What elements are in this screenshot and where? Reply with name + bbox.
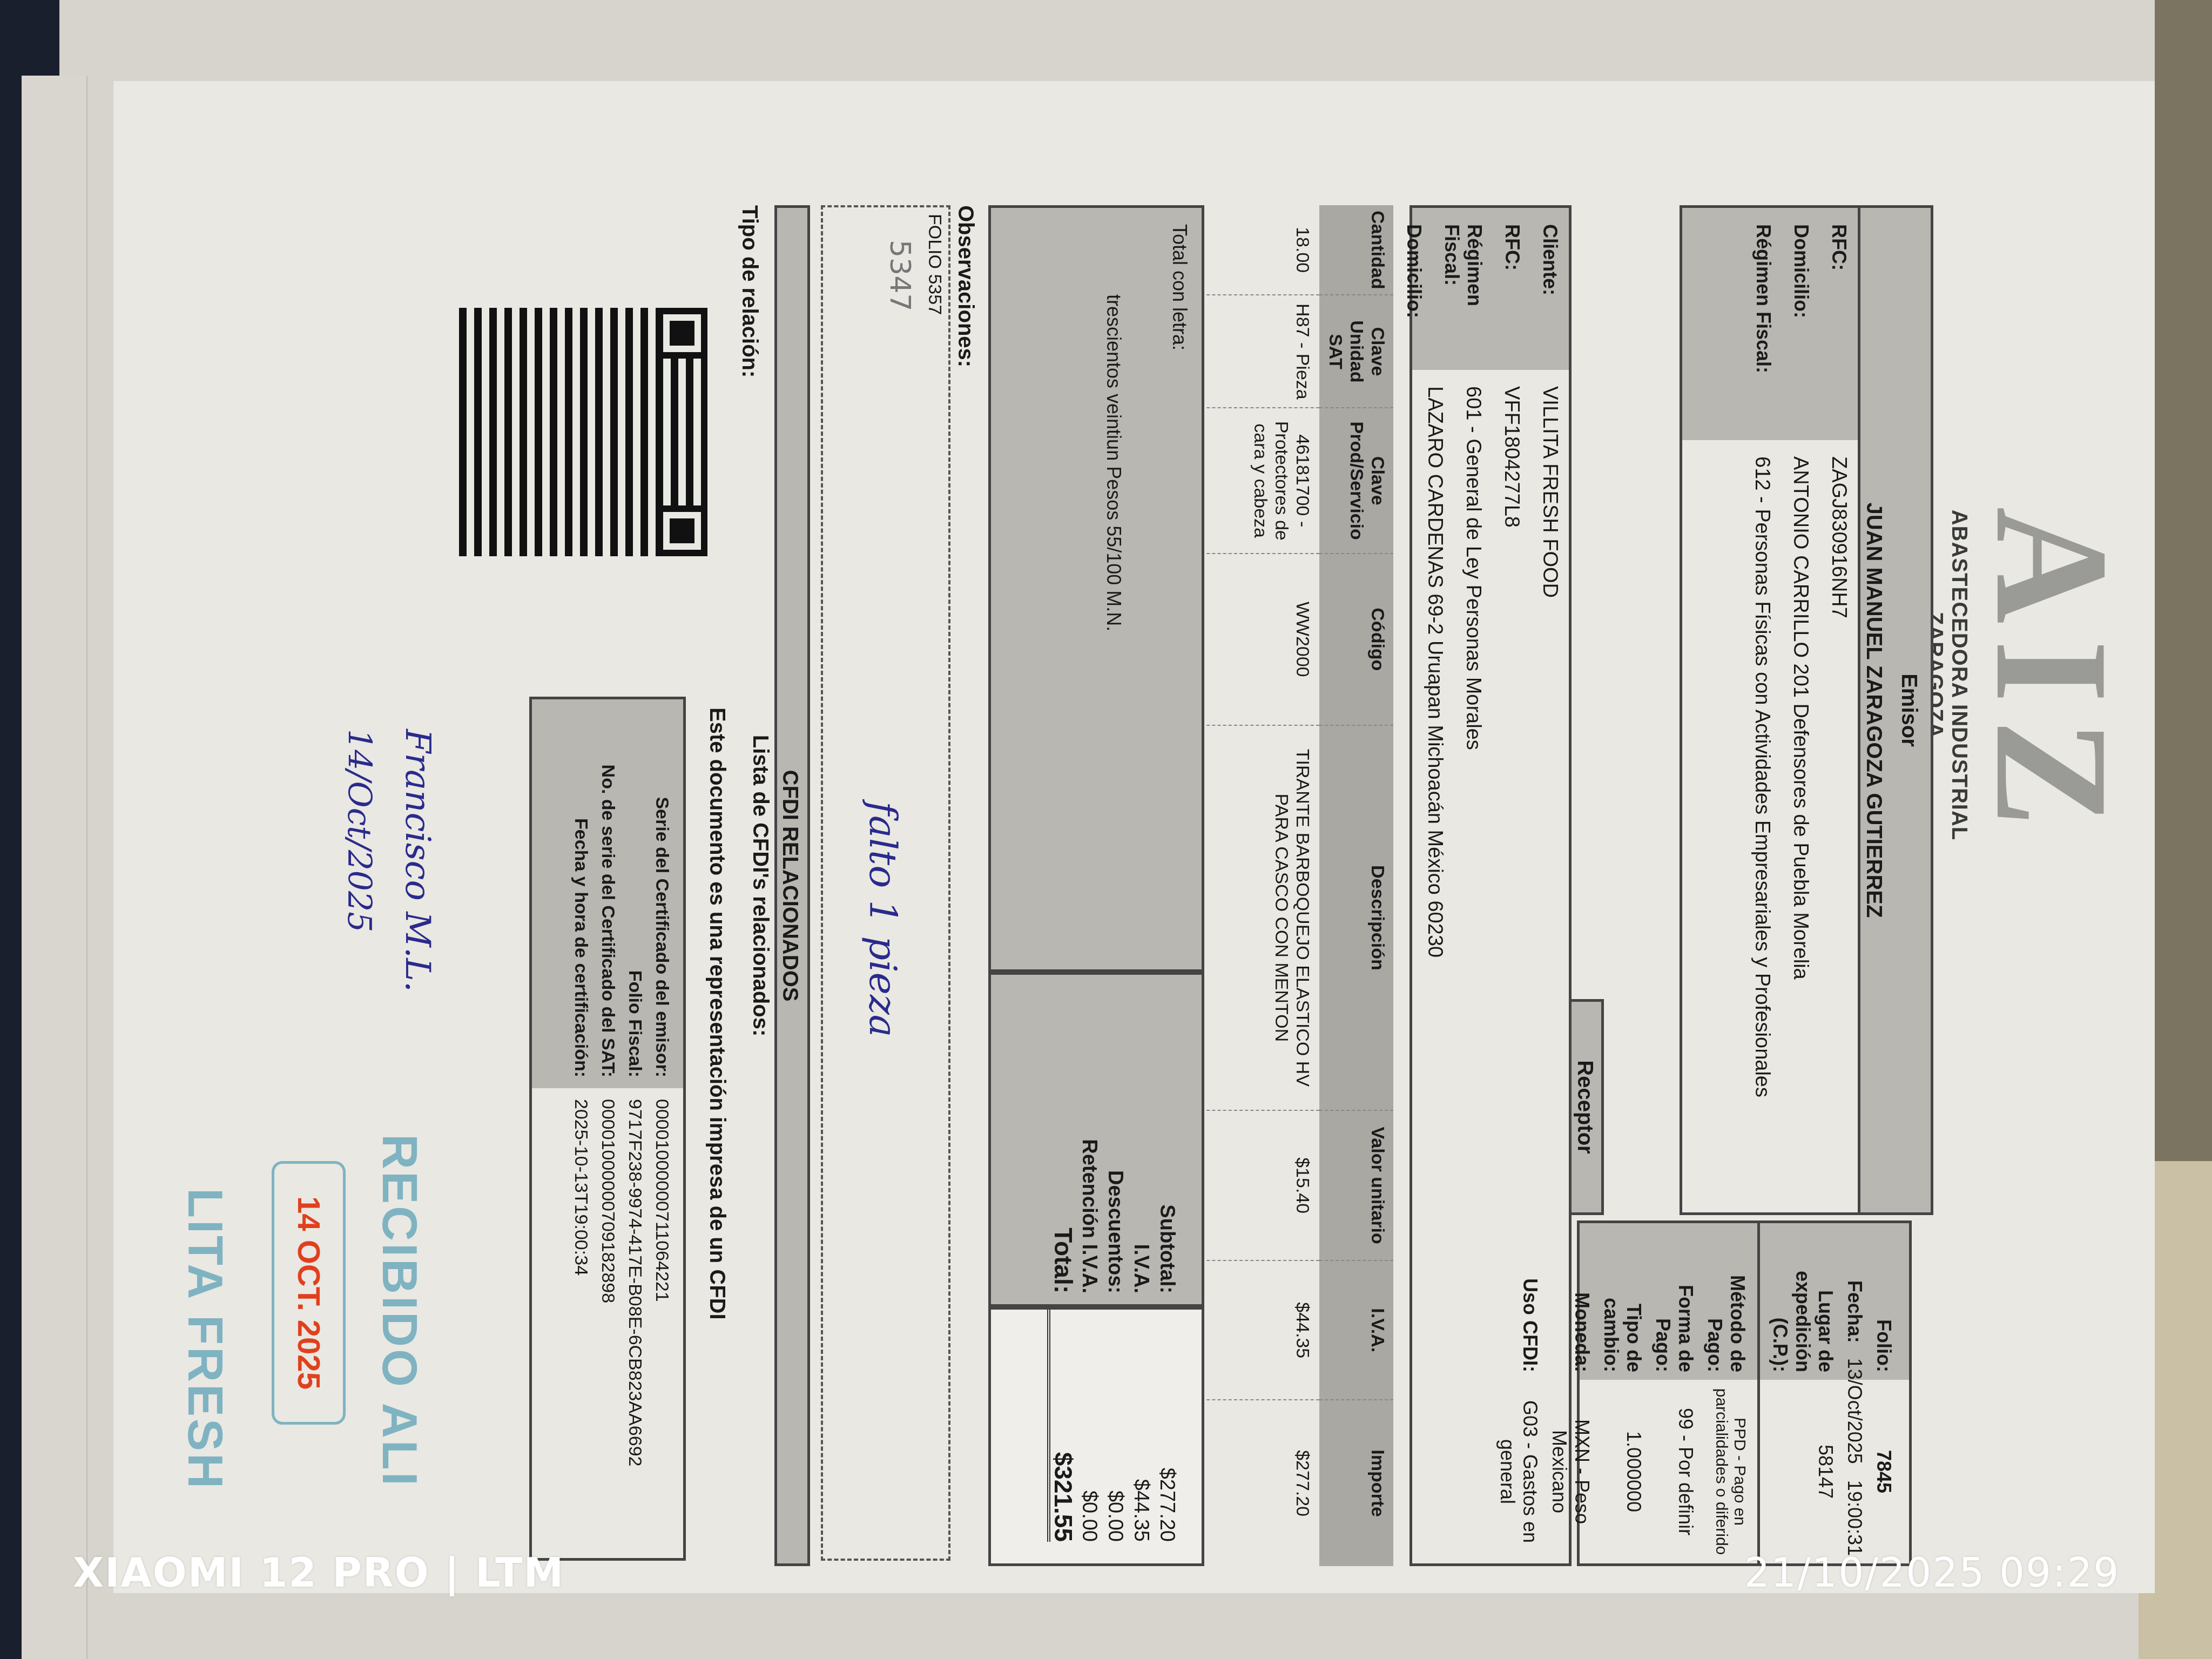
emisor-rfc: ZAGJ830916NH7 <box>1819 440 1858 1212</box>
stamp-recibido: RECIBIDO ALI <box>371 1134 427 1488</box>
folio-row: Folio:7845 <box>1869 1223 1898 1563</box>
cfdi-relacionados-list-label: Lista de CFDI's relacionados: <box>748 205 772 1566</box>
stamp-company: LITA FRESH <box>177 1188 232 1491</box>
col-descripcion: Descripción <box>1319 725 1393 1110</box>
concepts-header-row: Cantidad Clave Unidad SAT Clave Prod/Ser… <box>1319 205 1393 1566</box>
handwritten-note: falto 1 pieza <box>861 801 905 1037</box>
logo-mark: AIZ <box>1971 459 2133 891</box>
retencion-value: $0.00 <box>1076 1310 1102 1542</box>
certification-labels: Serie del Certificado del emisor: Folio … <box>532 699 683 1088</box>
total-value: $321.55 <box>1047 1310 1076 1542</box>
fecha-cert-value: 2025-10-13T19:00:34 <box>568 1099 595 1547</box>
receptor-header: Receptor <box>1572 999 1604 1215</box>
total-letra-label: Total con letra: <box>1157 208 1202 969</box>
col-iva: I.V.A. <box>1319 1260 1393 1400</box>
col-clave-prod: Clave Prod/Servicio <box>1319 408 1393 554</box>
emisor-rfc-label: RFC: <box>1820 208 1858 440</box>
receptor-domicilio-value: LAZARO CARDENAS 69-2 Uruapan Michoacán M… <box>1415 370 1454 1563</box>
col-importe: Importe <box>1319 1400 1393 1566</box>
camera-watermark-device: XIAOMI 12 PRO | LTM <box>73 1550 564 1596</box>
certification-values: 00001000000711064221 9717F238-9974-417E-… <box>532 1088 683 1558</box>
handwritten-name: Francisco M.L. <box>397 729 437 992</box>
metodo-pago-value: PPD - Pago en parcialidades o diferido <box>1700 1380 1752 1563</box>
cfdi-relacionados-header: CFDI RELACIONADOS <box>774 205 810 1566</box>
emisor-regimen: 612 - Personas Físicas con Actividades E… <box>1743 440 1781 1212</box>
fecha-row: Fecha:13/Oct/2025 19:00:31 <box>1840 1223 1869 1563</box>
forma-pago-row: Forma de Pago:99 - Por definir <box>1648 1223 1700 1563</box>
background-sheet-edge <box>22 76 87 1659</box>
fecha-value: 13/Oct/2025 <box>1844 1358 1866 1464</box>
emisor-regimen-label: Régimen Fiscal: <box>1744 208 1782 440</box>
emisor-domicilio: ANTONIO CARRILLO 201 Defensores de Puebl… <box>1781 440 1819 1212</box>
folio-value: 7845 <box>1869 1380 1898 1563</box>
invoice-document: AIZ ABASTECEDORA INDUSTRIAL ZARAGOZA Emi… <box>113 81 2155 1593</box>
serie-sat-value: 00001000000709182898 <box>595 1099 622 1547</box>
tipo-cambio-value: 1.000000 <box>1596 1380 1648 1563</box>
qr-code <box>459 308 707 556</box>
totals-labels: Subtotal: I.V.A. Descuentos: Retención I… <box>988 972 1204 1307</box>
observaciones-text: FOLIO 5357 <box>924 214 945 315</box>
receptor-rfc-label: RFC: <box>1493 208 1531 370</box>
comprobante-details: Folio:7845 Fecha:13/Oct/2025 19:00:31 Lu… <box>1577 1220 1912 1566</box>
hora-value: 19:00:31 <box>1844 1480 1866 1556</box>
lugar-row: Lugar de expedición (C.P.):58147 <box>1765 1223 1840 1563</box>
emisor-header: Emisor <box>1890 205 1933 1215</box>
cliente-label: Cliente: <box>1531 208 1569 370</box>
receptor-details: Cliente: RFC: Régimen Fiscal: Domicilio:… <box>1410 205 1572 1566</box>
receptor-regimen-value: 601 - General de Ley Personas Morales <box>1454 370 1492 1563</box>
receptor-domicilio-label: Domicilio: <box>1395 208 1433 370</box>
folio-fiscal-value: 9717F238-9974-417E-B08E-6CB823AA6692 <box>622 1099 649 1547</box>
emisor-values: ZAGJ830916NH7 ANTONIO CARRILLO 201 Defen… <box>1743 440 1858 1212</box>
emisor-name: JUAN MANUEL ZARAGOZA GUTIERREZ <box>1858 205 1890 1215</box>
cfdi-note: Este documento es una representación imp… <box>705 707 729 1320</box>
handwritten-date: 14/Oct/2025 <box>340 729 378 932</box>
camera-watermark-timestamp: 21/10/2025 09:29 <box>1744 1550 2120 1596</box>
metodo-pago-row: Método de Pago:PPD - Pago en parcialidad… <box>1700 1223 1752 1563</box>
lugar-value: 58147 <box>1765 1380 1840 1563</box>
emisor-details: RFC: Domicilio: Régimen Fiscal: ZAGJ8309… <box>1680 205 1858 1215</box>
total-letra-value: trescientos veintiun Pesos 55/100 M.N. <box>1102 208 1157 969</box>
col-valor-unitario: Valor unitario <box>1319 1110 1393 1260</box>
total-letra-box: Total con letra: trescientos veintiun Pe… <box>988 205 1204 972</box>
iva-value: $44.35 <box>1128 1310 1154 1542</box>
receptor-values: VILLITA FRESH FOOD VFF1804277L8 601 - Ge… <box>1415 370 1569 1563</box>
background-desk-right <box>2155 0 2212 1161</box>
observaciones-box: FOLIO 5357 5347 falto 1 pieza <box>821 205 950 1561</box>
forma-pago-value: 99 - Por definir <box>1648 1380 1700 1563</box>
tipo-relacion-label: Tipo de relación: <box>737 205 761 377</box>
subtotal-value: $277.20 <box>1154 1310 1180 1542</box>
col-cantidad: Cantidad <box>1319 205 1393 295</box>
receptor-labels: Cliente: RFC: Régimen Fiscal: Domicilio: <box>1412 208 1569 370</box>
descuentos-value: $0.00 <box>1102 1310 1128 1542</box>
receptor-regimen-label: Régimen Fiscal: <box>1433 208 1493 370</box>
certification-box: Serie del Certificado del emisor: Folio … <box>529 697 686 1561</box>
observaciones-label: Observaciones: <box>953 205 977 367</box>
stamp-date: 14 OCT. 2025 <box>272 1161 346 1425</box>
receptor-rfc-value: VFF1804277L8 <box>1492 370 1530 1563</box>
tipo-cambio-row: Tipo de cambio:1.000000 <box>1596 1223 1648 1563</box>
totals-values: $277.20 $44.35 $0.00 $0.00 $321.55 <box>988 1307 1204 1566</box>
cliente-value: VILLITA FRESH FOOD <box>1530 370 1569 1563</box>
col-codigo: Código <box>1319 554 1393 725</box>
handwritten-number: 5347 <box>884 240 916 311</box>
serie-emisor-value: 00001000000711064221 <box>649 1099 676 1547</box>
emisor-labels: RFC: Domicilio: Régimen Fiscal: <box>1682 208 1858 440</box>
emisor-domicilio-label: Domicilio: <box>1782 208 1820 440</box>
company-logo: AIZ ABASTECEDORA INDUSTRIAL ZARAGOZA <box>1939 459 2133 891</box>
col-clave-unidad: Clave Unidad SAT <box>1319 295 1393 408</box>
